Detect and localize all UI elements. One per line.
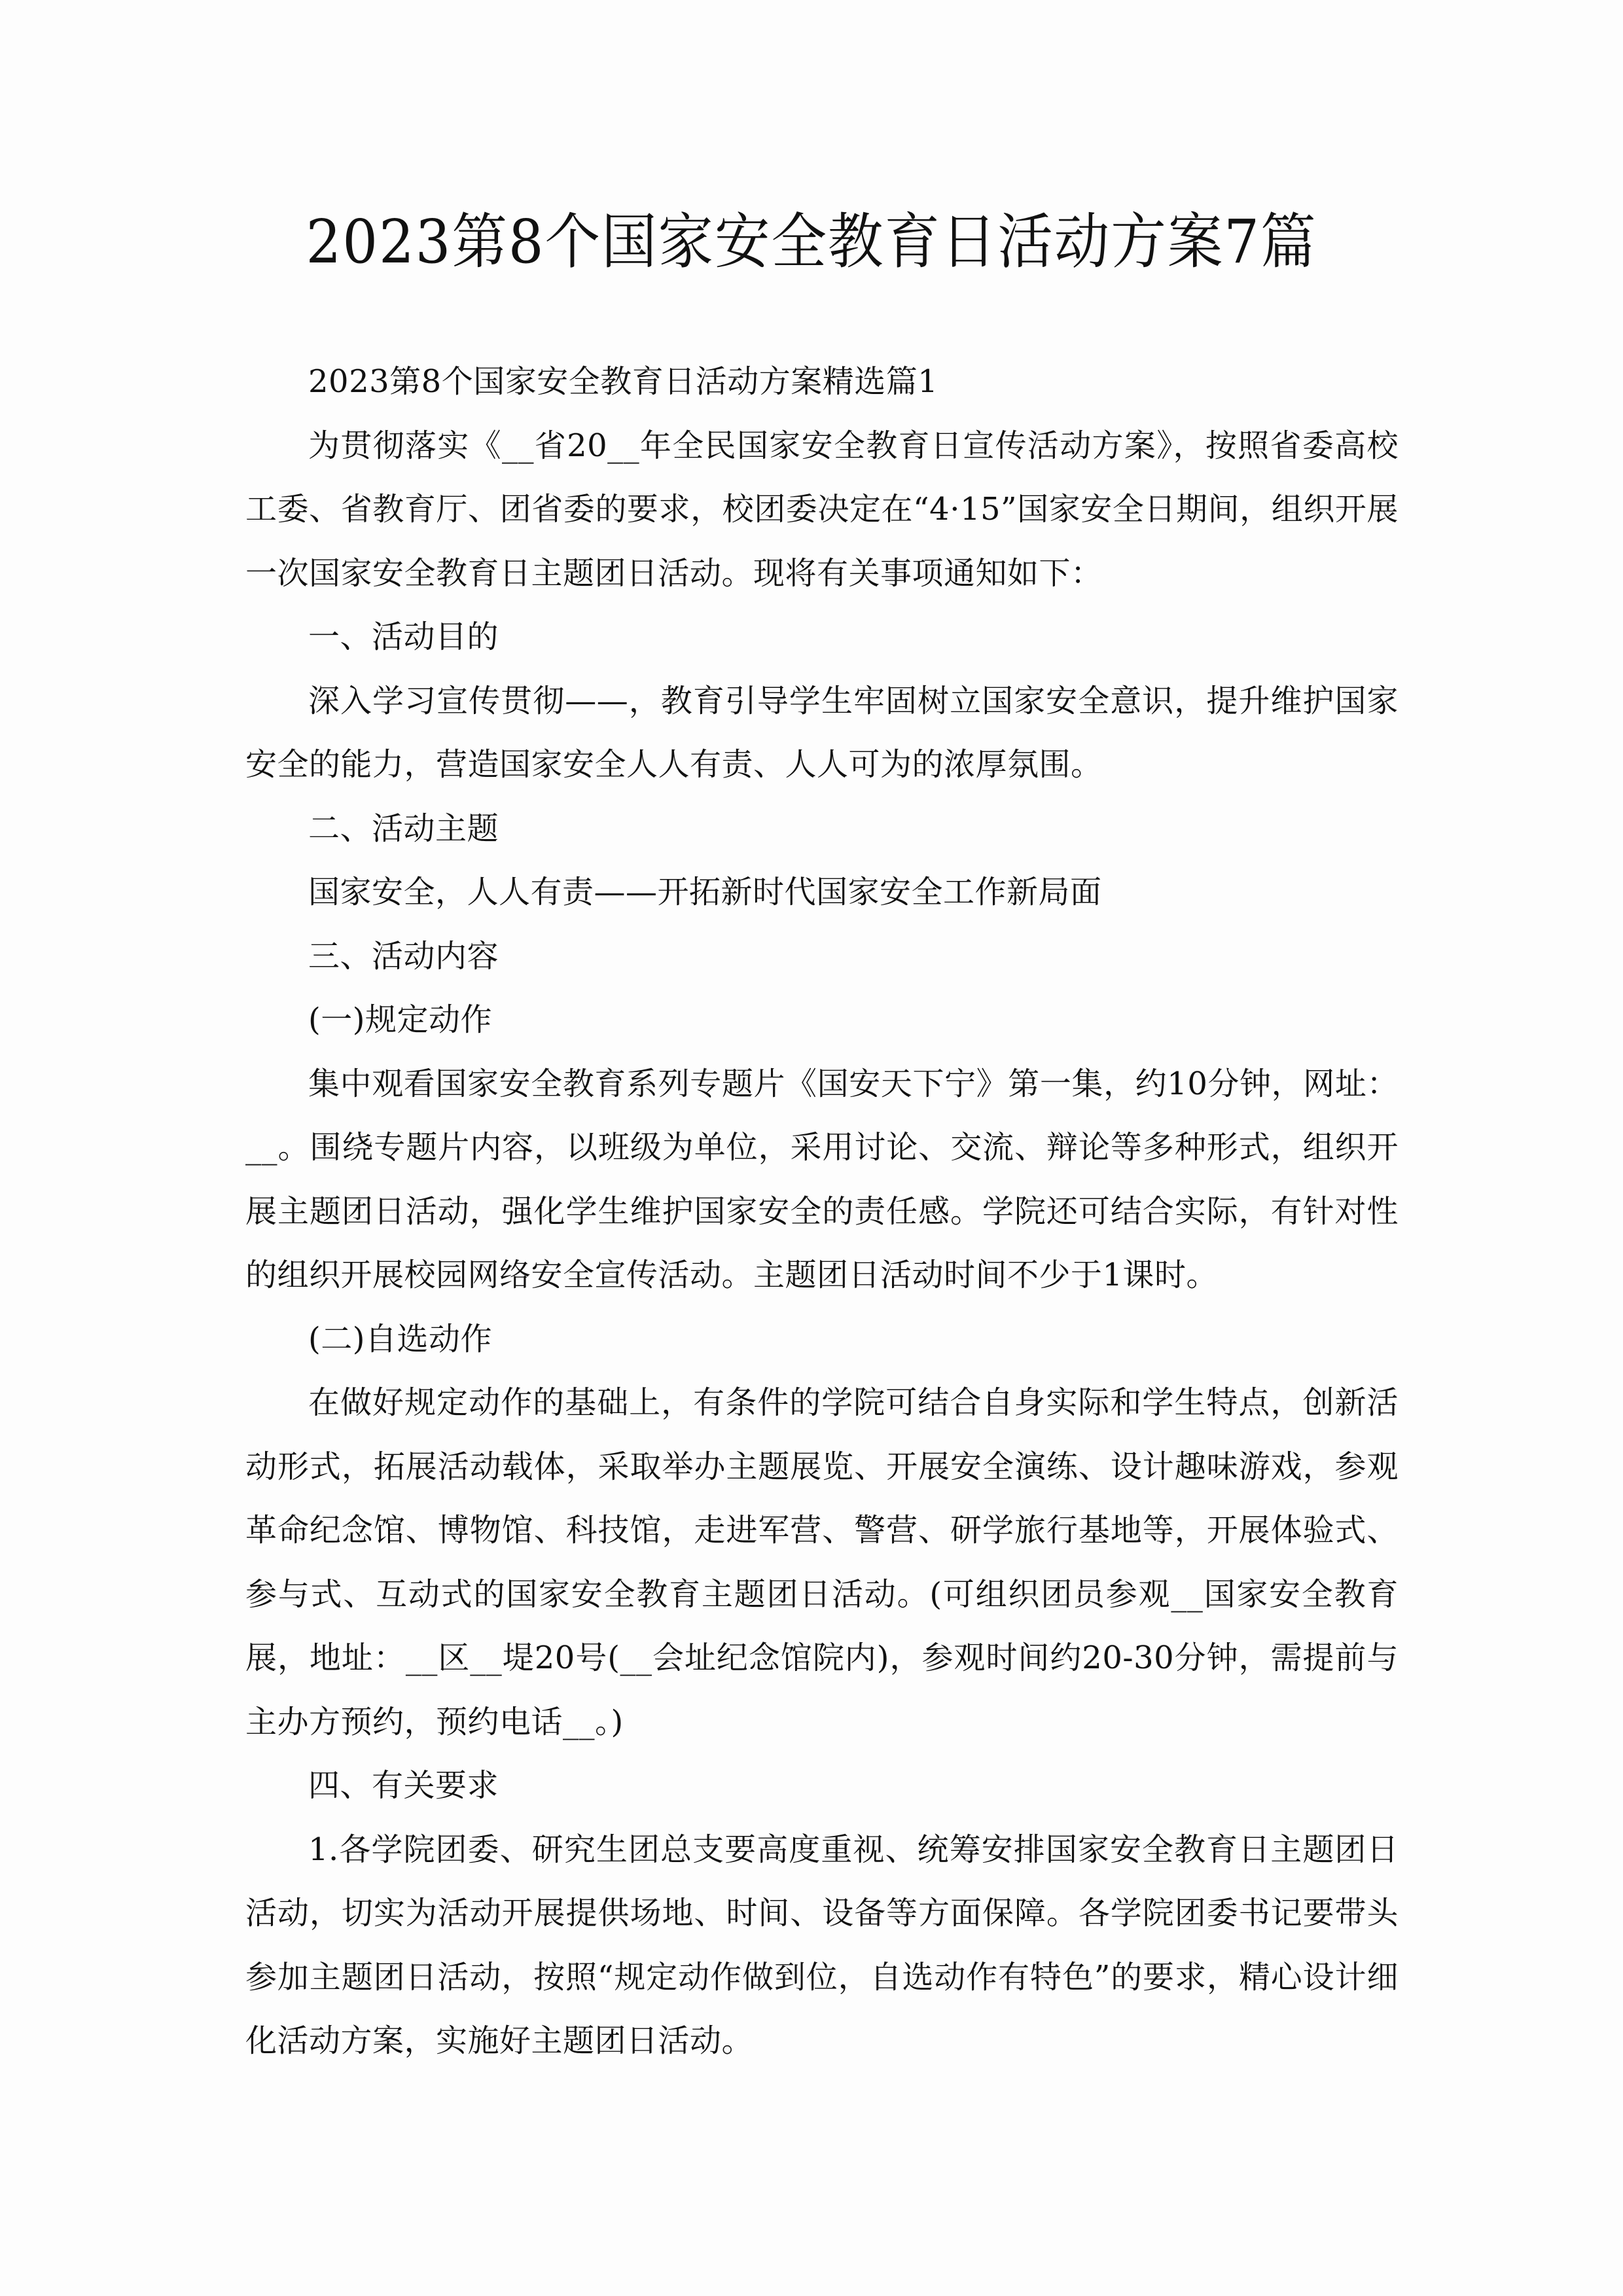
subsection-heading-optional-actions: (二)自选动作 [245,1308,1399,1372]
document-body: 2023第8个国家安全教育日活动方案精选篇1 为贯彻落实《__省20__年全民国… [245,350,1399,2073]
paragraph-requirement-1: 1.各学院团委、研究生团总支要高度重视、统筹安排国家安全教育日主题团日活动，切实… [245,1818,1399,2073]
section-heading-theme: 二、活动主题 [245,797,1399,861]
section-heading-content: 三、活动内容 [245,925,1399,989]
paragraph-intro: 为贯彻落实《__省20__年全民国家安全教育日宣传活动方案》，按照省委高校工委、… [245,414,1399,606]
document-title: 2023第8个国家安全教育日活动方案7篇 [65,196,1558,288]
section-heading-requirements: 四、有关要求 [245,1754,1399,1818]
subsection-heading-required-actions: (一)规定动作 [245,988,1399,1052]
paragraph-required-actions: 集中观看国家安全教育系列专题片《国安天下宁》第一集，约10分钟，网址：__。围绕… [245,1052,1399,1308]
section-heading-purpose: 一、活动目的 [245,605,1399,670]
paragraph-optional-actions: 在做好规定动作的基础上，有条件的学院可结合自身实际和学生特点，创新活动形式，拓展… [245,1371,1399,1754]
section-heading-chapter-1: 2023第8个国家安全教育日活动方案精选篇1 [245,350,1399,414]
document-page: 2023第8个国家安全教育日活动方案7篇 2023第8个国家安全教育日活动方案精… [0,0,1623,2296]
paragraph-theme: 国家安全，人人有责——开拓新时代国家安全工作新局面 [245,861,1399,925]
paragraph-purpose: 深入学习宣传贯彻——，教育引导学生牢固树立国家安全意识，提升维护国家安全的能力，… [245,670,1399,797]
